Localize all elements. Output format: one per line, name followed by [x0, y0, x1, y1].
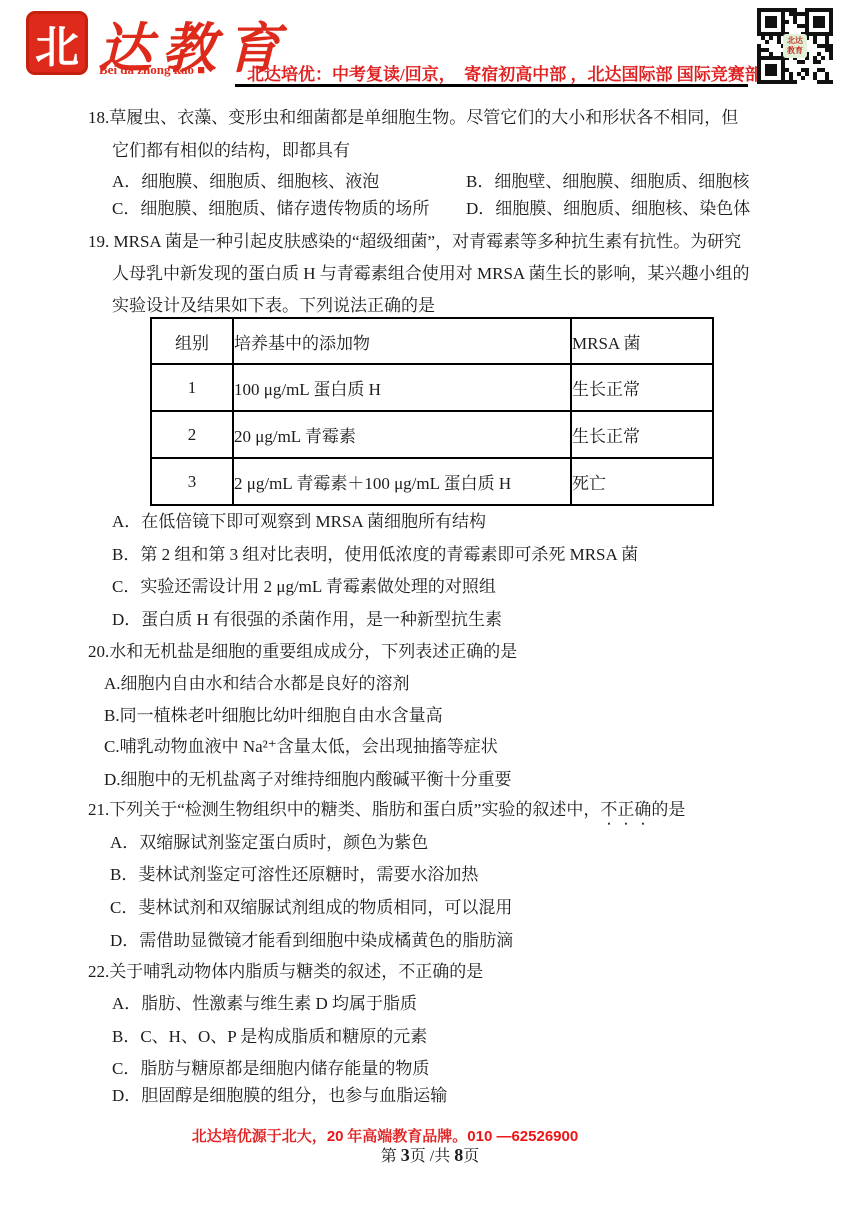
table-header-additive: 培养基中的添加物	[233, 318, 571, 364]
brand-subtitle: Bei da zhong kao ■	[99, 62, 205, 78]
q18-option-d: D．细胞膜、细胞质、细胞核、染色体	[466, 198, 750, 219]
table-header-mrsa: MRSA 菌	[571, 318, 713, 364]
q20-option-b: B.同一植株老叶细胞比幼叶细胞自由水含量高	[104, 705, 443, 726]
q21-option-c: C．斐林试剂和双缩脲试剂组成的物质相同，可以混用	[110, 897, 512, 918]
table-cell-group: 1	[151, 364, 233, 411]
q19-option-d: D．蛋白质 H 有很强的杀菌作用，是一种新型抗生素	[112, 609, 502, 630]
table-cell-result: 死亡	[571, 458, 713, 505]
q20-option-c: C.哺乳动物血液中 Na²⁺含量太低，会出现抽搐等症状	[104, 736, 498, 757]
qr-center-logo: 北达 教育	[783, 34, 807, 58]
q19-option-a: A．在低倍镜下即可观察到 MRSA 菌细胞所有结构	[112, 511, 486, 532]
q21-option-b: B．斐林试剂鉴定可溶性还原糖时，需要水浴加热	[110, 864, 478, 885]
header-divider	[235, 84, 748, 87]
header-tagline: 北达培优：中考复读/回京， 寄宿初高中部 ，北达国际部 国际竞赛部	[247, 60, 762, 85]
page-number: 第 3页 /共 8页	[0, 1143, 860, 1166]
q19-experiment-table: 组别 培养基中的添加物 MRSA 菌 1 100 μg/mL 蛋白质 H 生长正…	[150, 317, 714, 506]
q22-lead: 22.关于哺乳动物体内脂质与糖类的叙述，不正确的是	[88, 961, 483, 982]
q21-lead-emphasized: 不正确	[600, 800, 651, 819]
table-cell-additive: 2 μg/mL 青霉素＋100 μg/mL 蛋白质 H	[233, 458, 571, 505]
q19-lead-line2: 人母乳中新发现的蛋白质 H 与青霉素组合使用对 MRSA 菌生长的影响，某兴趣小…	[112, 263, 750, 284]
table-cell-group: 3	[151, 458, 233, 505]
q18-option-b: B．细胞壁、细胞膜、细胞质、细胞核	[466, 171, 749, 192]
page-number-mid: 页 /共	[410, 1148, 454, 1165]
table-cell-additive: 20 μg/mL 青霉素	[233, 411, 571, 458]
table-row: 1 100 μg/mL 蛋白质 H 生长正常	[151, 364, 713, 411]
q21-option-a: A．双缩脲试剂鉴定蛋白质时，颜色为紫色	[110, 832, 428, 853]
qr-center-line2: 教育	[783, 46, 807, 56]
page-number-suffix: 页	[463, 1148, 479, 1165]
q19-lead-line3: 实验设计及结果如下表。下列说法正确的是	[112, 295, 435, 316]
table-header-group: 组别	[151, 318, 233, 364]
q19-option-c: C．实验还需设计用 2 μg/mL 青霉素做处理的对照组	[112, 576, 496, 597]
q18-option-c: C．细胞膜、细胞质、储存遗传物质的场所	[112, 198, 429, 219]
q22-option-d: D．胆固醇是细胞膜的组分，也参与血脂运输	[112, 1085, 447, 1106]
qr-center-line1: 北达	[783, 36, 807, 46]
page-number-prefix: 第	[381, 1148, 401, 1165]
q22-option-c: C．脂肪与糖原都是细胞内储存能量的物质	[112, 1058, 429, 1079]
q22-option-a: A．脂肪、性激素与维生素 D 均属于脂质	[112, 993, 417, 1014]
q20-option-a: A.细胞内自由水和结合水都是良好的溶剂	[104, 673, 410, 694]
qr-finder-topleft	[757, 8, 785, 36]
q21-lead-prefix: 21.下列关于“检测生物组织中的糖类、脂肪和蛋白质”实验的叙述中，	[88, 800, 600, 819]
page-number-total: 8	[454, 1145, 463, 1165]
qr-code: 北达 教育	[757, 8, 833, 84]
table-cell-result: 生长正常	[571, 411, 713, 458]
q21-lead-suffix: 的是	[651, 800, 685, 819]
q22-option-b: B．C、H、O、P 是构成脂质和糖原的元素	[112, 1026, 427, 1047]
qr-finder-bottomleft	[757, 56, 785, 84]
q21-lead: 21.下列关于“检测生物组织中的糖类、脂肪和蛋白质”实验的叙述中，不正确的是	[88, 799, 685, 829]
table-row: 3 2 μg/mL 青霉素＋100 μg/mL 蛋白质 H 死亡	[151, 458, 713, 505]
table-header-row: 组别 培养基中的添加物 MRSA 菌	[151, 318, 713, 364]
table-cell-group: 2	[151, 411, 233, 458]
qr-finder-topright	[805, 8, 833, 36]
table-cell-result: 生长正常	[571, 364, 713, 411]
brand-stamp-logo: 北	[26, 11, 88, 75]
table-row: 2 20 μg/mL 青霉素 生长正常	[151, 411, 713, 458]
q20-option-d: D.细胞中的无机盐离子对维持细胞内酸碱平衡十分重要	[104, 769, 512, 790]
q19-lead-line1: 19. MRSA 菌是一种引起皮肤感染的“超级细菌”，对青霉素等多种抗生素有抗性…	[88, 231, 741, 252]
q20-lead: 20.水和无机盐是细胞的重要组成成分，下列表述正确的是	[88, 641, 517, 662]
page-number-current: 3	[401, 1145, 410, 1165]
q18-lead-line2: 它们都有相似的结构，即都具有	[112, 140, 350, 161]
q19-option-b: B．第 2 组和第 3 组对比表明，使用低浓度的青霉素即可杀死 MRSA 菌	[112, 544, 638, 565]
q21-option-d: D．需借助显微镜才能看到细胞中染成橘黄色的脂肪滴	[110, 930, 513, 951]
q18-lead-line1: 18.草履虫、衣藻、变形虫和细菌都是单细胞生物。尽管它们的大小和形状各不相同，但	[88, 107, 738, 128]
table-cell-additive: 100 μg/mL 蛋白质 H	[233, 364, 571, 411]
q18-option-a: A．细胞膜、细胞质、细胞核、液泡	[112, 171, 379, 192]
exam-page: 北 达教育 Bei da zhong kao ■ 北达培优：中考复读/回京， 寄…	[0, 0, 860, 1214]
